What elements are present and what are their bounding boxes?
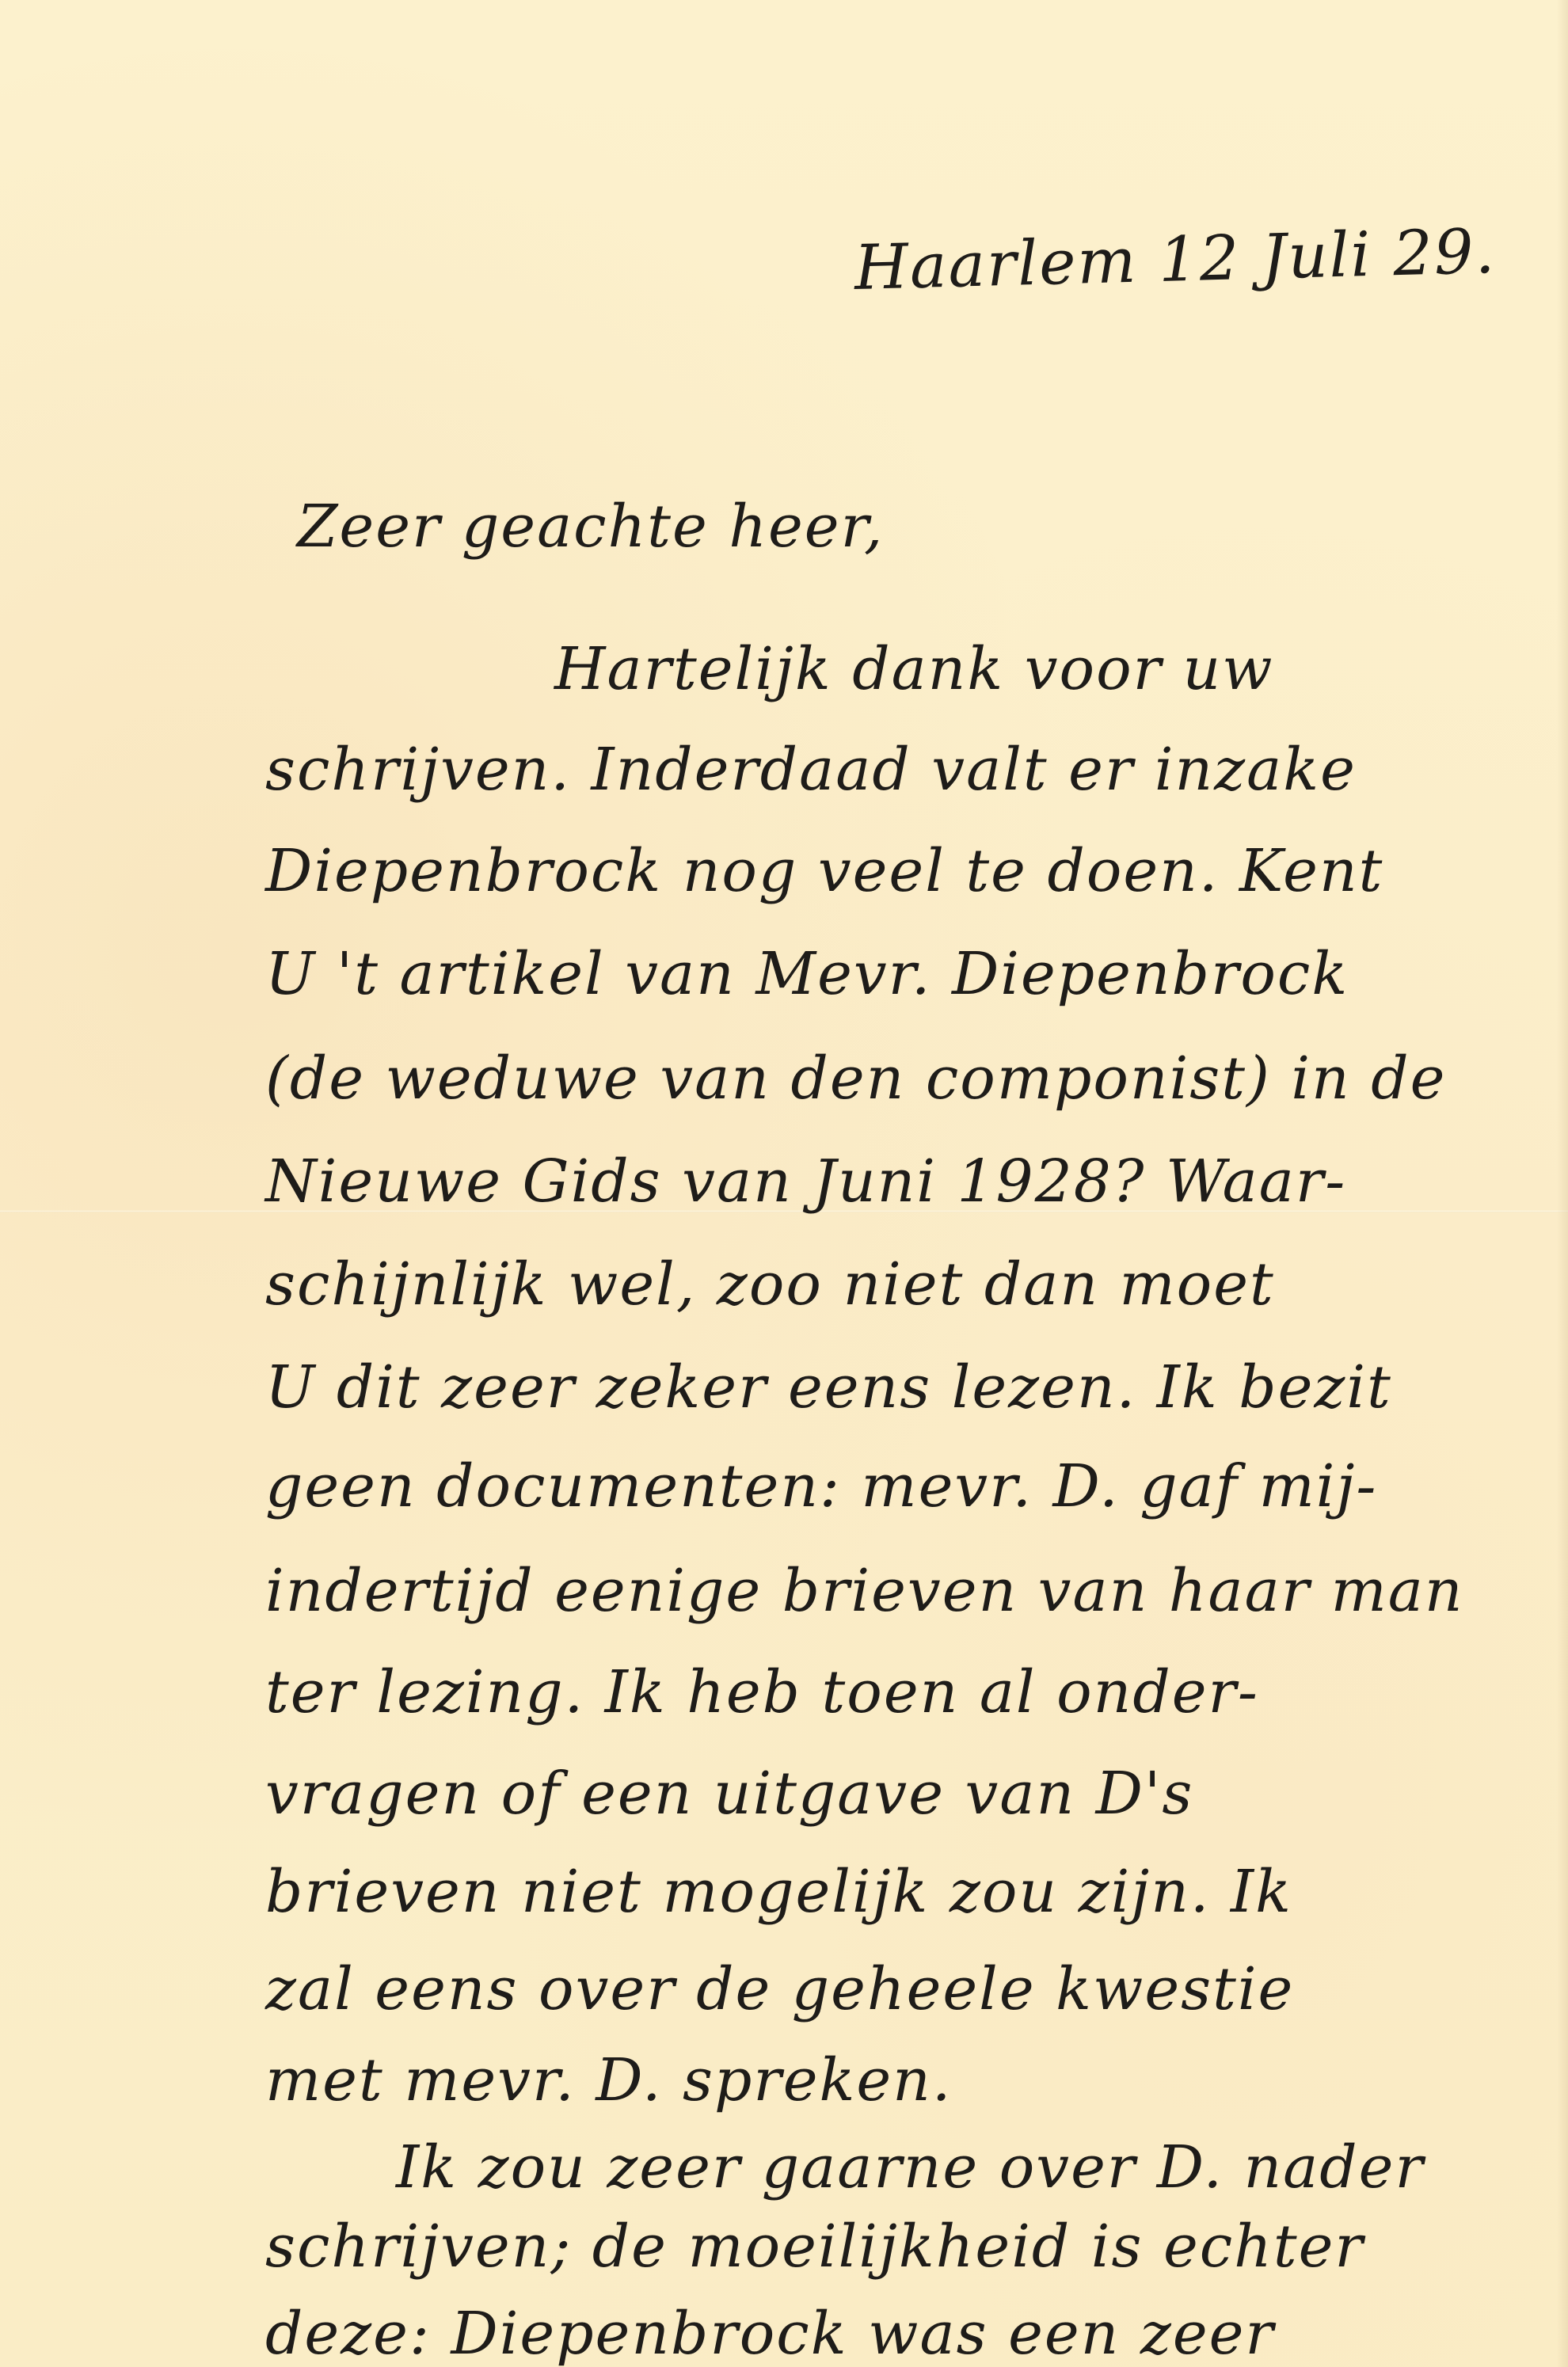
- letter-line-11: ter lezing. Ik heb toen al onder-: [265, 1663, 1259, 1722]
- letter-dateline: Haarlem 12 Juli 29.: [854, 221, 1497, 299]
- letter-salutation: Zeer geachte heer,: [297, 497, 884, 556]
- letter-line-1: Hartelijk dank voor uw: [554, 640, 1274, 698]
- letter-line-18: deze: Diepenbrock was een zeer: [265, 2304, 1275, 2363]
- letter-line-8: U dit zeer zeker eens lezen. Ik bezit: [265, 1358, 1392, 1417]
- letter-line-10: indertijd eenige brieven van haar man: [265, 1562, 1464, 1620]
- letter-line-15: met mevr. D. spreken.: [265, 2051, 952, 2110]
- letter-line-17: schrijven; de moeilijkheid is echter: [265, 2217, 1364, 2276]
- letter-line-3: Diepenbrock nog veel te doen. Kent: [265, 842, 1383, 900]
- letter-line-12: vragen of een uitgave van D's: [265, 1764, 1193, 1823]
- letter-line-6: Nieuwe Gids van Juni 1928? Waar-: [265, 1152, 1346, 1211]
- letter-line-16: Ik zou zeer gaarne over D. nader: [396, 2138, 1425, 2197]
- letter-page: Haarlem 12 Juli 29. Zeer geachte heer, H…: [0, 0, 1568, 2367]
- letter-line-9: geen documenten: mevr. D. gaf mij-: [265, 1457, 1377, 1516]
- paper-edge-shadow: [1557, 0, 1568, 2367]
- letter-line-2: schrijven. Inderdaad valt er inzake: [265, 740, 1357, 799]
- letter-line-4: U 't artikel van Mevr. Diepenbrock: [265, 945, 1349, 1003]
- letter-line-14: zal eens over de geheele kwestie: [265, 1960, 1294, 2019]
- letter-line-13: brieven niet mogelijk zou zijn. Ik: [265, 1863, 1292, 1921]
- letter-line-7: schijnlijk wel, zoo niet dan moet: [265, 1255, 1275, 1314]
- letter-line-5: (de weduwe van den componist) in de: [265, 1049, 1446, 1108]
